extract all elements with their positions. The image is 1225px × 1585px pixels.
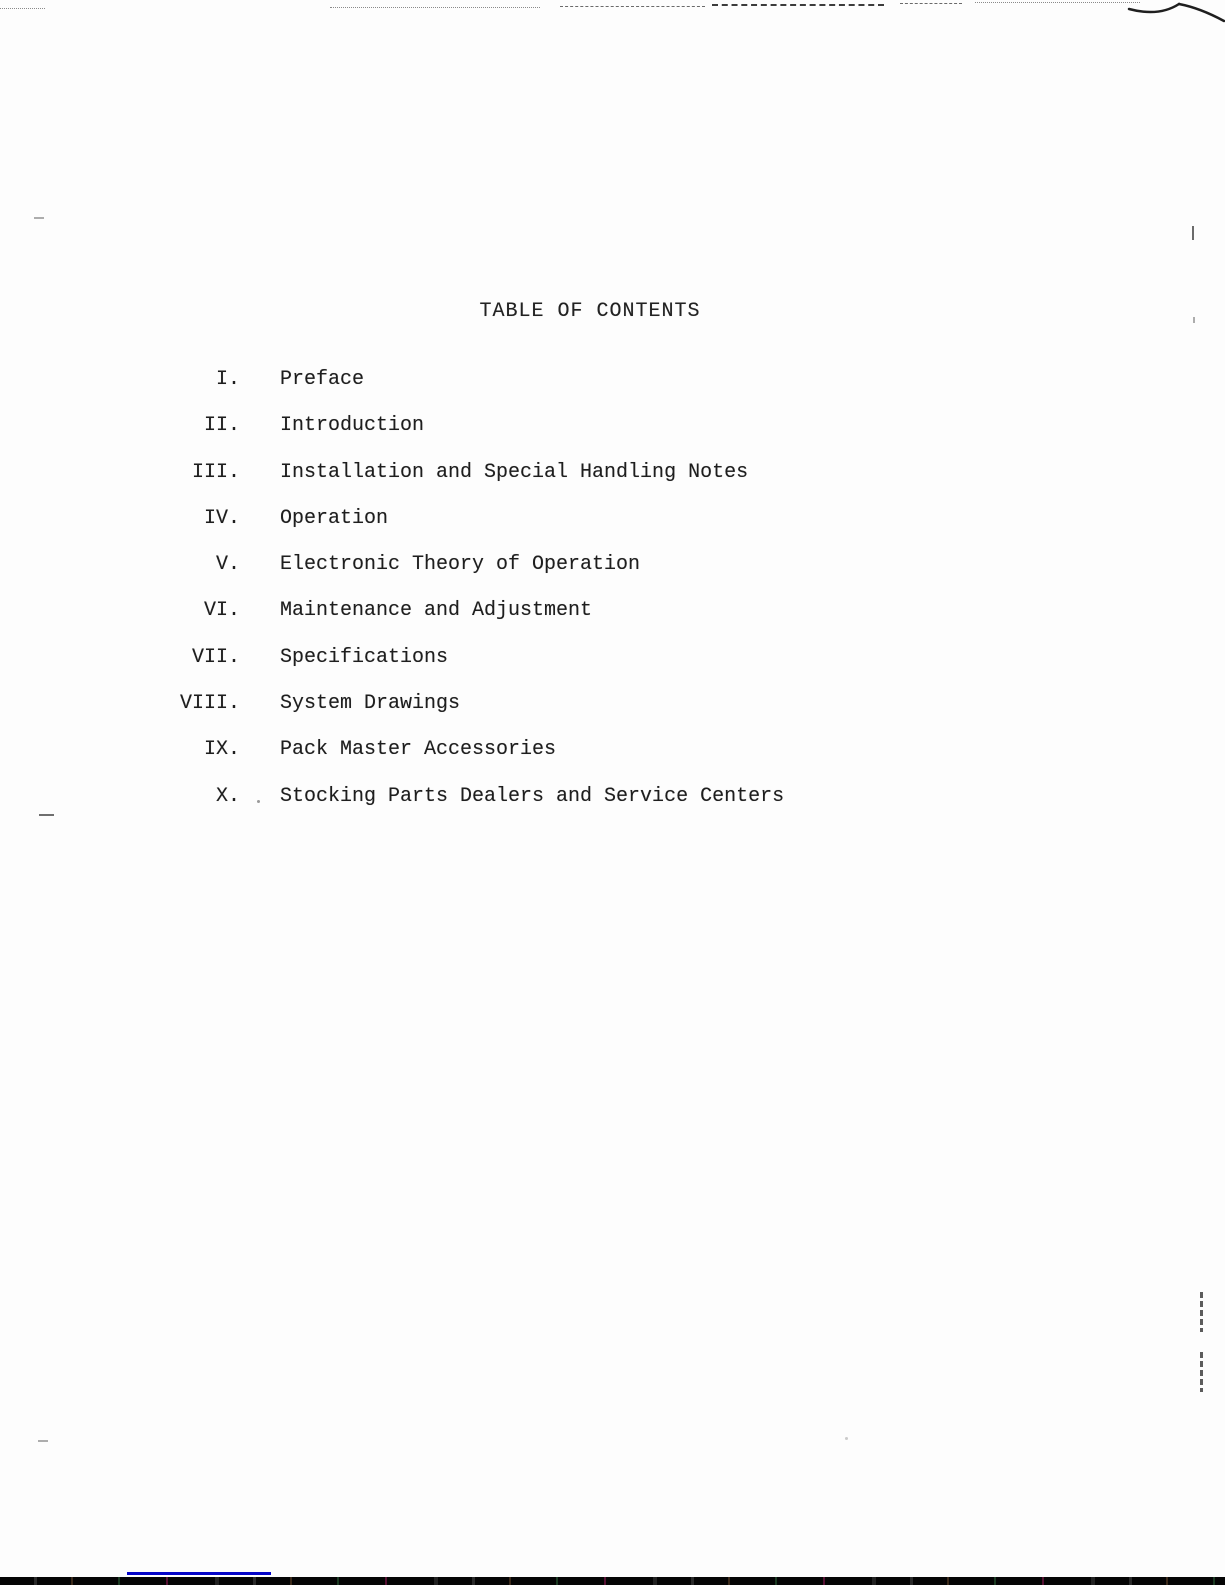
toc-item-label: Pack Master Accessories — [280, 738, 556, 762]
scanned-page: TABLE OF CONTENTS I. Preface II. Introdu… — [0, 0, 1225, 1585]
scan-noise-top-6 — [975, 2, 1140, 3]
toc-item-numeral: IV. — [0, 507, 240, 531]
toc-item-label: Stocking Parts Dealers and Service Cente… — [280, 785, 784, 809]
toc-item-numeral: V. — [0, 553, 240, 577]
toc-row: III. Installation and Special Handling N… — [0, 461, 1225, 507]
page-curl-mark — [1115, 0, 1225, 45]
toc-item-numeral: VII. — [0, 646, 240, 670]
toc-row: IV. Operation — [0, 507, 1225, 553]
toc-item-label: System Drawings — [280, 692, 460, 716]
toc-row: X. Stocking Parts Dealers and Service Ce… — [0, 785, 1225, 831]
page-title: TABLE OF CONTENTS — [0, 300, 1180, 324]
toc-item-label: Introduction — [280, 414, 424, 438]
margin-dash-right-2 — [1200, 1352, 1203, 1392]
margin-tick-right-2 — [1193, 317, 1195, 323]
scan-noise-top-1 — [0, 8, 45, 9]
toc-row: VI. Maintenance and Adjustment — [0, 599, 1225, 645]
toc-item-label: Operation — [280, 507, 388, 531]
toc-item-label: Electronic Theory of Operation — [280, 553, 640, 577]
toc-item-numeral: VI. — [0, 599, 240, 623]
toc-item-label: Installation and Special Handling Notes — [280, 461, 748, 485]
stray-speck-2 — [845, 1437, 848, 1440]
scan-noise-top-3 — [560, 6, 705, 7]
margin-dash-right-1 — [1200, 1292, 1203, 1332]
toc-list: I. Preface II. Introduction III. Install… — [0, 368, 1225, 831]
scan-noise-top-5 — [900, 3, 962, 4]
margin-mark-left-3 — [38, 1440, 48, 1442]
toc-item-numeral: X. — [0, 785, 240, 809]
scan-noise-top-4 — [712, 4, 884, 6]
margin-mark-left-1 — [34, 217, 44, 219]
toc-row: I. Preface — [0, 368, 1225, 414]
toc-item-numeral: I. — [0, 368, 240, 392]
toc-item-numeral: II. — [0, 414, 240, 438]
toc-row: VIII. System Drawings — [0, 692, 1225, 738]
toc-item-label: Preface — [280, 368, 364, 392]
toc-item-numeral: VIII. — [0, 692, 240, 716]
blue-ink-underline — [127, 1572, 271, 1575]
toc-item-numeral: III. — [0, 461, 240, 485]
toc-row: VII. Specifications — [0, 646, 1225, 692]
toc-row: II. Introduction — [0, 414, 1225, 460]
toc-item-label: Maintenance and Adjustment — [280, 599, 592, 623]
toc-item-numeral: IX. — [0, 738, 240, 762]
toc-row: V. Electronic Theory of Operation — [0, 553, 1225, 599]
scan-noise-top-2 — [330, 7, 540, 8]
margin-tick-right-1 — [1192, 226, 1194, 240]
toc-item-label: Specifications — [280, 646, 448, 670]
toc-row: IX. Pack Master Accessories — [0, 738, 1225, 784]
scan-edge-strip — [0, 1577, 1225, 1585]
